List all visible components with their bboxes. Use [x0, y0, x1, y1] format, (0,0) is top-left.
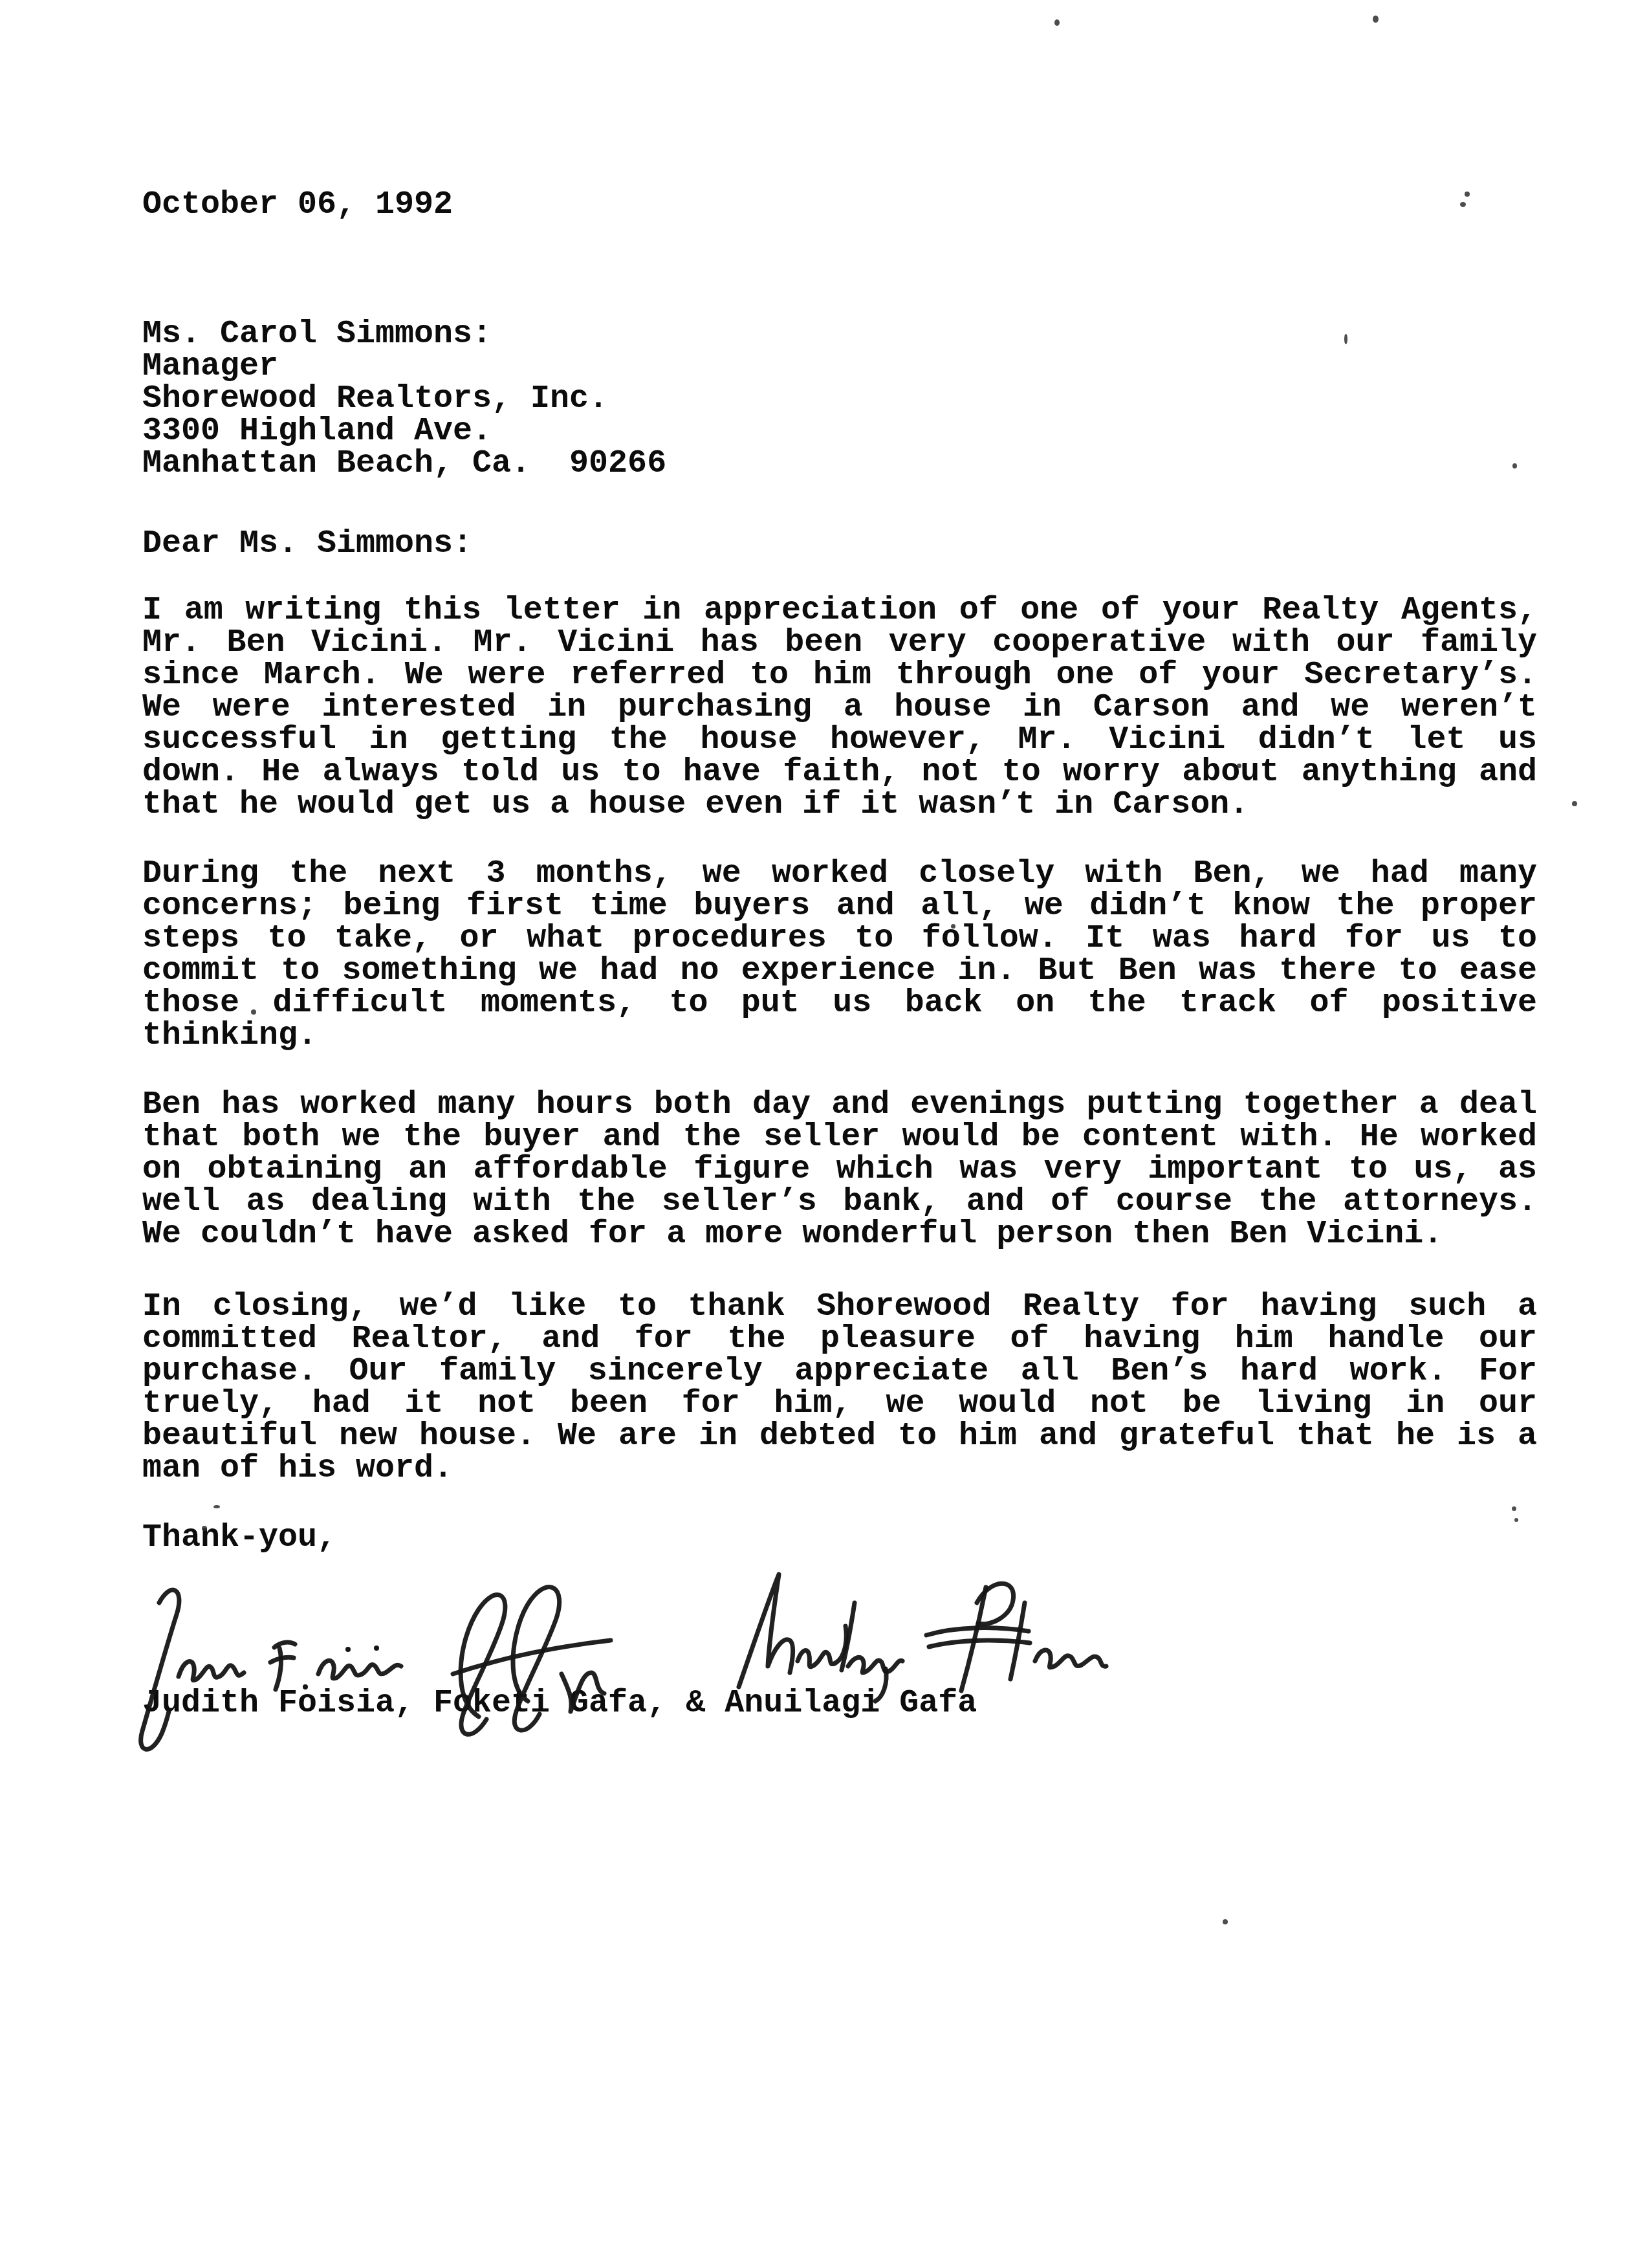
- text-line: successful in getting the house however,…: [142, 724, 1537, 756]
- text-line: Ms. Carol Simmons:: [142, 318, 1537, 351]
- scan-noise-speck: [251, 1009, 256, 1015]
- text-line: I am writing this letter in appreciation…: [142, 595, 1537, 627]
- scan-noise-speck: [202, 1526, 207, 1531]
- scan-noise-speck: [1465, 192, 1470, 197]
- scan-noise-speck: [1373, 16, 1379, 23]
- text-line: Shorewood Realtors, Inc.: [142, 383, 1537, 415]
- text-line: those difficult moments, to put us back …: [142, 987, 1537, 1020]
- letter-date: October 06, 1992: [142, 189, 1537, 221]
- closing-text: Thank-you,: [142, 1522, 1537, 1554]
- text-line: since March. We were referred to him thr…: [142, 659, 1537, 692]
- scan-noise-speck: [1054, 19, 1060, 26]
- text-line: Ben has worked many hours both day and e…: [142, 1089, 1537, 1121]
- body-paragraph-2: During the next 3 months, we worked clos…: [142, 858, 1537, 1052]
- body-paragraph-4: In closing, we’d like to thank Shorewood…: [142, 1291, 1537, 1485]
- recipient-address-block: Ms. Carol Simmons:ManagerShorewood Realt…: [142, 318, 1537, 480]
- judith-foisia-signature: [141, 1590, 401, 1749]
- scan-noise-speck: [213, 1505, 220, 1508]
- scan-noise-speck: [1223, 1919, 1228, 1924]
- text-line: thinking.: [142, 1020, 1537, 1052]
- scan-noise-speck: [1512, 1506, 1516, 1511]
- text-line: Manager: [142, 351, 1537, 383]
- date-text: October 06, 1992: [142, 189, 1537, 221]
- text-line: concerns; being first time buyers and al…: [142, 890, 1537, 923]
- body-paragraph-1: I am writing this letter in appreciation…: [142, 595, 1537, 821]
- text-line: beautiful new house. We are in debted to…: [142, 1420, 1537, 1453]
- text-line: well as dealing with the seller’s bank, …: [142, 1186, 1537, 1218]
- text-line: In closing, we’d like to thank Shorewood…: [142, 1291, 1537, 1323]
- text-line: purchase. Our family sincerely appreciat…: [142, 1356, 1537, 1388]
- anuilagi-gafa-signature: [739, 1574, 1106, 1701]
- scan-noise-speck: [1237, 764, 1241, 768]
- body-paragraph-3: Ben has worked many hours both day and e…: [142, 1089, 1537, 1251]
- scan-noise-speck: [1344, 334, 1347, 344]
- text-line: commit to something we had no experience…: [142, 955, 1537, 987]
- text-line: We couldn’t have asked for a more wonder…: [142, 1218, 1537, 1251]
- scan-noise-speck: [951, 924, 955, 929]
- scan-noise-speck: [1572, 801, 1577, 806]
- closing-line: Thank-you,: [142, 1522, 1537, 1554]
- scan-noise-speck: [1514, 1518, 1518, 1522]
- text-line: Mr. Ben Vicini. Mr. Vicini has been very…: [142, 627, 1537, 659]
- text-line: truely, had it not been for him, we woul…: [142, 1388, 1537, 1420]
- scan-noise-speck: [1460, 202, 1466, 207]
- text-line: man of his word.: [142, 1453, 1537, 1485]
- letter-page: October 06, 1992 Ms. Carol Simmons:Manag…: [0, 0, 1647, 2268]
- text-line: Manhattan Beach, Ca. 90266: [142, 448, 1537, 480]
- text-line: that he would get us a house even if it …: [142, 789, 1537, 821]
- handwritten-signatures: [116, 1563, 1164, 1763]
- salutation-text: Dear Ms. Simmons:: [142, 528, 1537, 560]
- text-line: steps to take, or what procedures to fol…: [142, 923, 1537, 955]
- text-line: We were interested in purchasing a house…: [142, 692, 1537, 724]
- text-line: During the next 3 months, we worked clos…: [142, 858, 1537, 890]
- text-line: down. He always told us to have faith, n…: [142, 756, 1537, 789]
- salutation: Dear Ms. Simmons:: [142, 528, 1537, 560]
- text-line: that both we the buyer and the seller wo…: [142, 1121, 1537, 1154]
- text-line: 3300 Highland Ave.: [142, 415, 1537, 448]
- text-line: on obtaining an affordable figure which …: [142, 1154, 1537, 1186]
- text-line: committed Realtor, and for the pleasure …: [142, 1323, 1537, 1356]
- foketi-gafa-signature: [453, 1587, 611, 1735]
- scan-noise-speck: [1512, 463, 1517, 468]
